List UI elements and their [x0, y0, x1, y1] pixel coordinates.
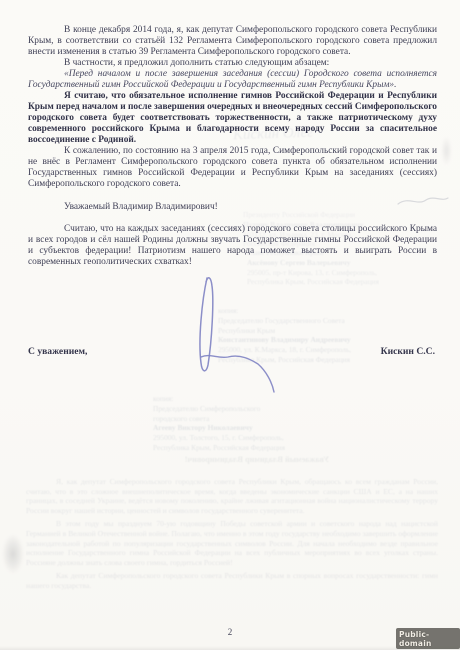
handwritten-signature-ink: [190, 270, 285, 398]
public-domain-watermark: Public-domain: [396, 628, 460, 649]
scan-smudge: [441, 136, 452, 166]
scanned-letter-page: Кискин Олег В конце декабря 2014 года, я…: [0, 0, 460, 650]
paragraph-regret: К сожалению, по состоянию на 3 апреля 20…: [28, 146, 437, 190]
paragraph-quote: «Перед началом и после завершения заседа…: [28, 69, 437, 91]
salutation: Уважаемый Владимир Владимирович!: [28, 202, 437, 213]
scan-smudge: [2, 534, 24, 574]
letter-body: В конце декабря 2014 года, я, как депута…: [28, 25, 437, 268]
paragraph-intro: В конце декабря 2014 года, я, как депута…: [28, 25, 437, 58]
bleedthrough-president-address: Президенту Российской Федерации Путину В…: [243, 210, 364, 249]
signatory-name: Кискин С.С.: [381, 346, 435, 357]
pencil-scribble: [396, 192, 450, 210]
bleedthrough-back-paragraphs: Я, как депутат Симферопольского городско…: [26, 477, 438, 595]
scan-edge-shadow: [0, 646, 460, 650]
page-number: 2: [0, 627, 460, 637]
bleedthrough-city-council-address: копия: Председателю Симферопольского гор…: [153, 394, 285, 453]
closing-phrase: С уважением,: [28, 346, 87, 357]
bleedthrough-greeting-mirrored: Уважаемый Владимир Владимирович!: [152, 455, 362, 464]
paragraph-opinion: Я считаю, что обязательное исполнение ги…: [28, 91, 437, 146]
paragraph-proposal: В частности, я предложил дополнить стать…: [28, 58, 437, 69]
